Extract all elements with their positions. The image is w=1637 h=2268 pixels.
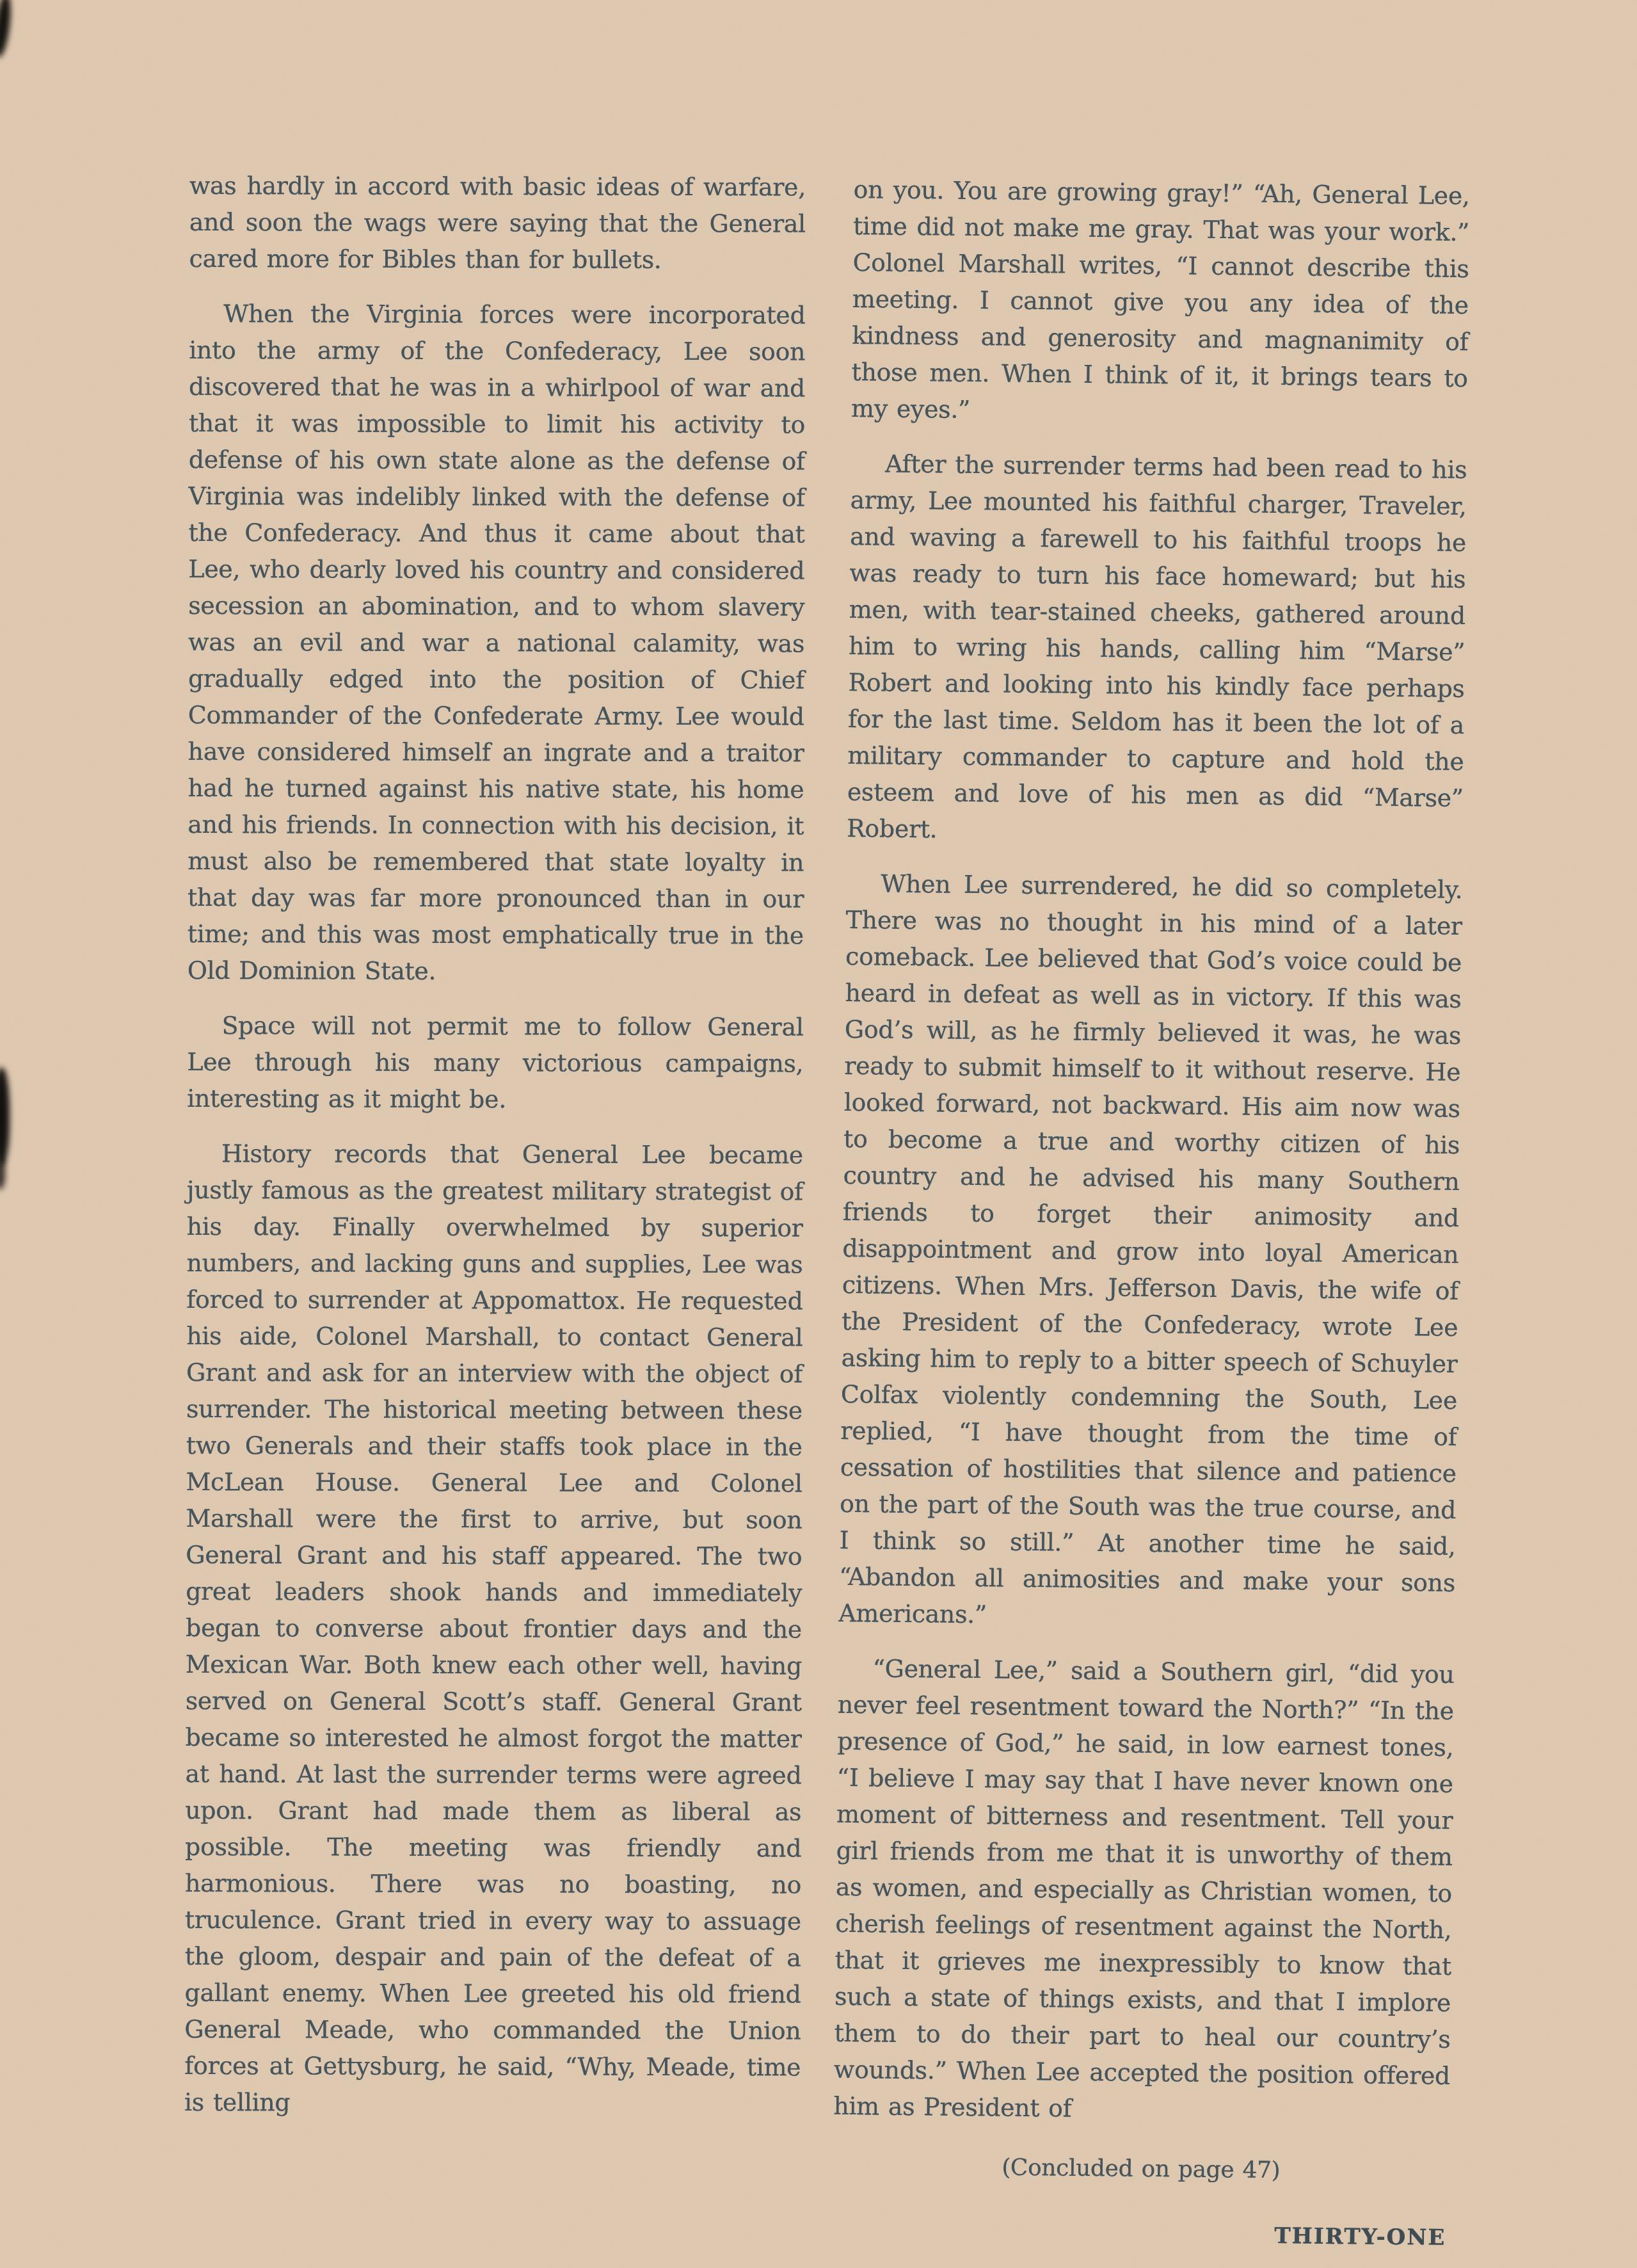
paragraph: Space will not permit me to follow Gener… [187, 1008, 803, 1119]
text-column-right: on you. You are growing gray!” “Ah, Gene… [832, 172, 1470, 2256]
paragraph-continuation: was hardly in accord with basic ideas of… [189, 168, 806, 279]
scan-artifact-left-edge [0, 1068, 10, 1165]
scanned-page: was hardly in accord with basic ideas of… [0, 0, 1637, 2268]
paragraph: After the surrender terms had been read … [847, 446, 1467, 853]
paragraph: When the Virginia forces were incorporat… [188, 296, 806, 991]
paragraph: When Lee surrendered, he did so complete… [838, 865, 1462, 1638]
text-column-left: was hardly in accord with basic ideas of… [184, 168, 806, 2141]
paragraph: History records that General Lee became … [184, 1136, 803, 2123]
scan-artifact-top-left-corner [0, 0, 13, 58]
page-number: THIRTY-ONE [832, 2214, 1449, 2256]
scan-artifact-left-edge-small [0, 1156, 5, 1189]
continuation-note: (Concluded on page 47) [833, 2148, 1449, 2191]
paragraph: “General Lee,” said a Southern girl, “di… [833, 1650, 1455, 2131]
paragraph-continuation: on you. You are growing gray!” “Ah, Gene… [851, 172, 1470, 433]
